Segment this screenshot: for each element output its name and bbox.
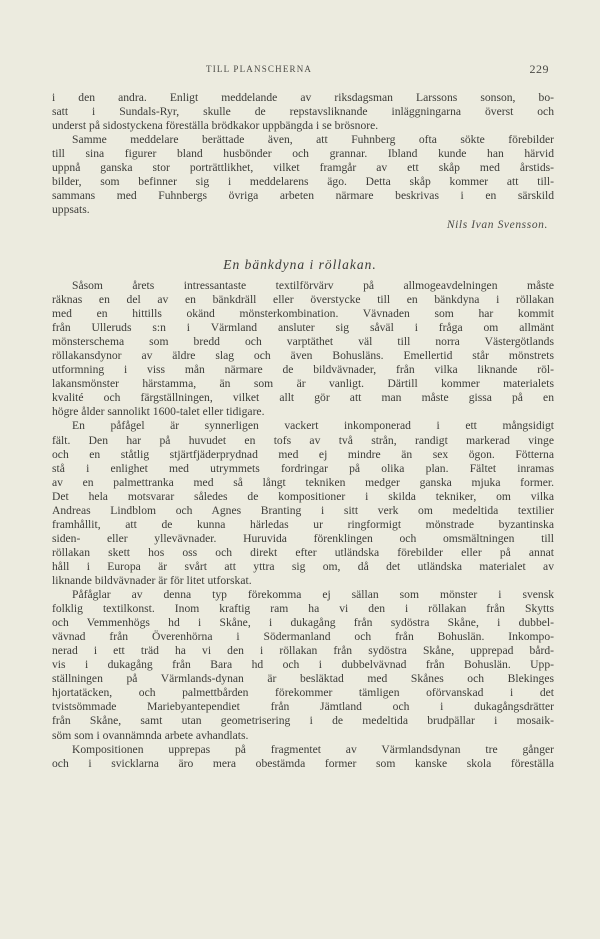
text-line: röllakan skett hos oss och direkt efter … [52,546,554,560]
text-line: satt i Sundals-Ryr, skulle de repstavsli… [52,105,554,119]
text-line: håll i Europa är svårt att yttra sig om,… [52,560,554,574]
text-line: kvalité och färgställningen, vilket allt… [52,391,554,405]
text-line: underst på sidostyckena föreställa brödk… [52,119,554,133]
document-page: TILL PLANSCHERNA 229 i den andra. Enligt… [0,0,600,939]
text-line: från Skåne, samt utan geometrisering i d… [52,714,554,728]
text-line: och i svicklarna äro mera obestämda form… [52,757,554,771]
text-line: bilder, som befinner sig i meddelarens ä… [52,175,554,189]
text-line: räknas en del av en bänkdräll eller över… [52,293,554,307]
section-body: Såsom årets intressantaste textilförvärv… [52,279,554,771]
text-line: hjortatäcken, och palmettbården förekomm… [52,686,554,700]
text-line: sammans med Fuhnbergs övriga arbeten när… [52,189,554,203]
running-title: TILL PLANSCHERNA [206,64,312,74]
text-line: framhållit, att de kunna härledas ur rin… [52,518,554,532]
text-line: uppsats. [52,203,554,217]
text-line: Det hela motsvarar således de kompositio… [52,490,554,504]
text-line: Påfåglar av denna typ förekomma ej sälla… [52,588,554,602]
text-line: En påfågel är synnerligen vackert inkomp… [52,419,554,433]
text-line: från Ulleruds s:n i Värmland ansluter si… [52,321,554,335]
text-line: Samme meddelare berättade även, att Fuhn… [52,133,554,147]
intro-text-block: i den andra. Enligt meddelande av riksda… [52,91,554,217]
section-title: En bänkdyna i röllakan. [0,257,600,273]
text-line: vis i dukagång från Bara hd och i dubbel… [52,658,554,672]
text-line: och Vemmenhögs hd i Skåne, i dukagång fr… [52,616,554,630]
text-line: uppnå ganska stor porträttlikhet, vilket… [52,161,554,175]
page-number: 229 [530,62,550,77]
text-line: vävnad från Överenhörna i Södermanland o… [52,630,554,644]
text-line: utformning i viss mån närmare de bildväv… [52,363,554,377]
text-line: fält. Den har på huvudet en tofs av två … [52,434,554,448]
text-line: till sina figurer bland husbönder och gr… [52,147,554,161]
text-line: och en ståtlig stjärtfjäderprydnad med e… [52,448,554,462]
text-line: folklig textilkonst. Inom kraftig ram ha… [52,602,554,616]
text-line: Andreas Lindblom och Agnes Branting i si… [52,504,554,518]
text-line: tvistsömmade Mariebyantependiet från Jäm… [52,700,554,714]
text-line: Såsom årets intressantaste textilförvärv… [52,279,554,293]
text-line: av en palmettranka med så långt tekniken… [52,476,554,490]
text-line: med en hittills okänd mönsterkombination… [52,307,554,321]
text-line: stå i enlighet med utrymmets fordringar … [52,462,554,476]
text-line: liknande bildvävnader är för litet utfor… [52,574,554,588]
text-line: siden- eller yllevävnader. Huruvida före… [52,532,554,546]
text-line: lakansmönster härstamma, än som är vanli… [52,377,554,391]
text-line: röllakansdynor av äldre slag och även Bo… [52,349,554,363]
text-line: ställningen på Värmlands-dynan är besläk… [52,672,554,686]
text-line: mönsterschema som bredd och varptäthet v… [52,335,554,349]
text-line: söm som i ovannämnda arbete avhandlats. [52,729,554,743]
text-line: nerad i ett träd ha vi den i röllakan fr… [52,644,554,658]
author-signature: Nils Ivan Svensson. [447,219,548,231]
text-line: Kompositionen upprepas på fragmentet av … [52,743,554,757]
text-line: i den andra. Enligt meddelande av riksda… [52,91,554,105]
text-line: högre ålder sannolikt 1600-talet eller t… [52,405,554,419]
